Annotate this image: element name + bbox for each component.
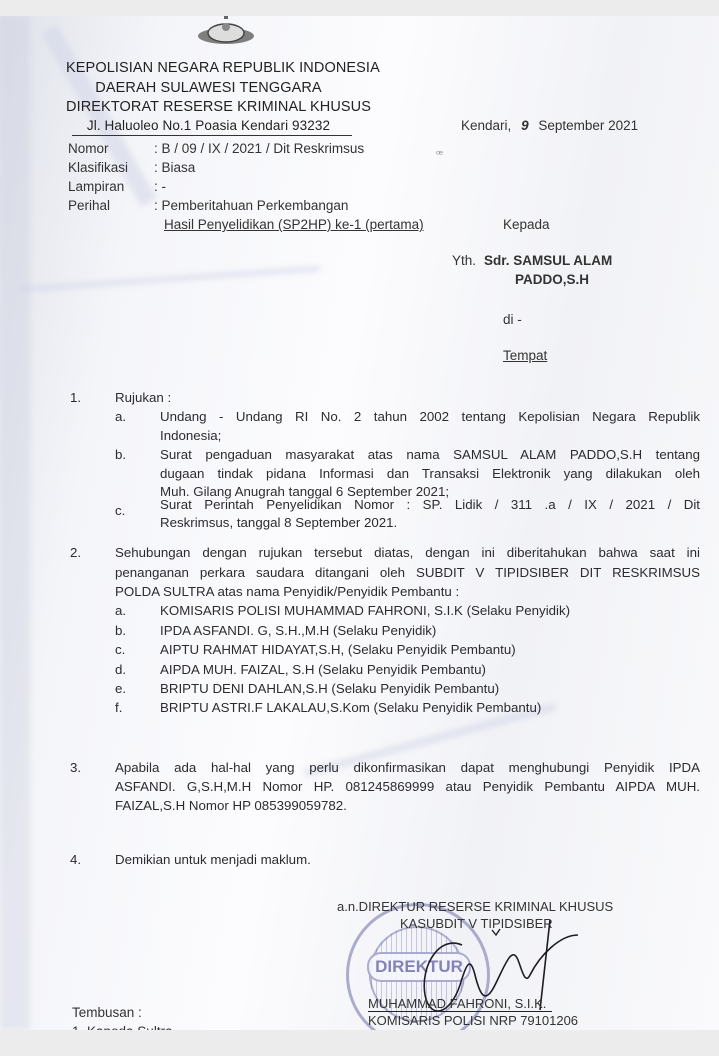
meta-value-nomor: : B / 09 / IX / 2021 / Dit Reskrimsus: [154, 141, 364, 156]
meta-label-lampiran: Lampiran: [68, 179, 124, 194]
signatory-rank: KOMISARIS POLISI NRP 79101206: [368, 1013, 578, 1028]
paper-shadow: [0, 16, 30, 1030]
recipient-tempat: Tempat: [503, 348, 547, 363]
section-3-num: 3.: [70, 760, 81, 775]
section-1-title: Rujukan :: [115, 390, 171, 405]
ref-a-letter: a.: [115, 409, 126, 424]
place-date: Kendari, 9 September 2021: [461, 118, 638, 133]
letterhead-address: Jl. Haluoleo No.1 Poasia Kendari 93232: [66, 118, 351, 133]
cc-title: Tembusan :: [72, 1005, 142, 1020]
section-2-line2: penanganan perkara saudara ditangani ole…: [115, 565, 700, 580]
recipient-di: di -: [503, 312, 522, 327]
recipient-name-2: PADDO,S.H: [515, 272, 589, 287]
section-2-line3: POLDA SULTRA atas nama Penyidik/Penyidik…: [115, 584, 459, 599]
ref-b-line1: Surat pengaduan masyarakat atas nama SAM…: [160, 447, 700, 462]
investigator-a: KOMISARIS POLISI MUHAMMAD FAHRONI, S.I.K…: [160, 603, 570, 618]
section-2-line1: Sehubungan dengan rujukan tersebut diata…: [115, 545, 700, 560]
police-emblem-icon: [195, 14, 257, 46]
section-3-line2: ASFANDI. G,S.H,M.H Nomor HP. 08124586999…: [115, 779, 700, 794]
section-2-num: 2.: [70, 545, 81, 560]
investigator-c-letter: c.: [115, 642, 125, 657]
recipient-yth: Yth.: [452, 253, 476, 268]
recipient-kepada: Kepada: [503, 217, 550, 232]
investigator-e-letter: e.: [115, 681, 126, 696]
meta-value-perihal: : Pemberitahuan Perkembangan: [154, 198, 348, 213]
recipient-name-1: Sdr. SAMSUL ALAM: [484, 253, 612, 268]
ref-a-line2: Indonesia;: [160, 428, 221, 443]
signatory-name: MUHAMMAD FAHRONI, S.I.K.: [368, 996, 552, 1012]
investigator-a-letter: a.: [115, 603, 126, 618]
letterhead-line1: KEPOLISIAN NEGARA REPUBLIK INDONESIA: [66, 60, 351, 76]
meta-value-perihal-2: Hasil Penyelidikan (SP2HP) ke-1 (pertama…: [164, 217, 424, 232]
investigator-b: IPDA ASFANDI. G, S.H.,M.H (Selaku Penyid…: [160, 623, 436, 638]
meta-value-klasifikasi: : Biasa: [154, 160, 195, 175]
handwritten-day: 9: [521, 118, 529, 133]
section-3-line3: FAIZAL,S.H Nomor HP 085399059782.: [115, 798, 347, 813]
meta-value-lampiran: : -: [154, 179, 166, 194]
letterhead-line3: DIREKTORAT RESERSE KRIMINAL KHUSUS: [66, 99, 351, 115]
investigator-e: BRIPTU DENI DAHLAN,S.H (Selaku Penyidik …: [160, 681, 499, 696]
section-4-num: 4.: [70, 852, 81, 867]
ref-b-letter: b.: [115, 447, 126, 462]
meta-label-nomor: Nomor: [68, 141, 109, 156]
screen-bottom-bar: [0, 1030, 719, 1056]
investigator-d-letter: d.: [115, 662, 126, 677]
section-4-text: Demikian untuk menjadi maklum.: [115, 852, 311, 867]
investigator-c: AIPTU RAHMAT HIDAYAT,S.H, (Selaku Penyid…: [160, 642, 516, 657]
letterhead-line2: DAERAH SULAWESI TENGGARA: [66, 80, 351, 96]
ref-c-line2: Reskrimsus, tanggal 8 September 2021.: [160, 515, 397, 530]
ref-c-letter: c.: [115, 503, 125, 518]
ref-b-line2: dugaan tindak pidana Informasi dan Trans…: [160, 466, 700, 481]
section-3-line1: Apabila ada hal-hal yang perlu dikonfirm…: [115, 760, 700, 775]
section-1-num: 1.: [70, 390, 81, 405]
paper-crease: [20, 266, 320, 293]
meta-label-perihal: Perihal: [68, 198, 110, 213]
investigator-f-letter: f.: [115, 700, 122, 715]
place-month-year: September 2021: [538, 118, 638, 133]
paraf-mark-icon: ꟹ: [436, 148, 443, 161]
investigator-d: AIPDA MUH. FAIZAL, S.H (Selaku Penyidik …: [160, 662, 486, 677]
ref-c-line1: Surat Perintah Penyelidikan Nomor : SP. …: [160, 497, 700, 512]
letterhead-rule: [72, 135, 352, 136]
ref-a-line1: Undang - Undang RI No. 2 tahun 2002 tent…: [160, 409, 700, 424]
investigator-f: BRIPTU ASTRI.F LAKALAU,S.Kom (Selaku Pen…: [160, 700, 541, 715]
place-city: Kendari,: [461, 118, 511, 133]
meta-label-klasifikasi: Klasifikasi: [68, 160, 128, 175]
investigator-b-letter: b.: [115, 623, 126, 638]
